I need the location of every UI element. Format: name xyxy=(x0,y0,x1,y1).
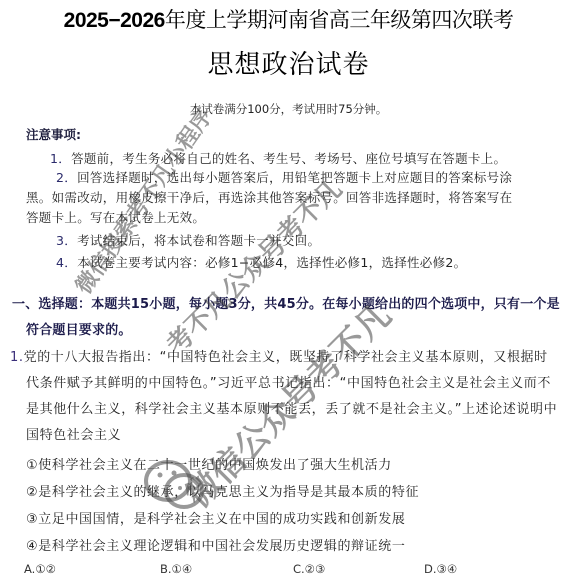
question-1-stem-line4: 国特色社会主义 xyxy=(26,424,121,443)
notice-item-2-cont: 答题卡上。写在本试卷上无效。 xyxy=(26,208,205,226)
notice-text: 考试结束后，将本试卷和答题卡一并交回。 xyxy=(77,233,320,248)
notice-item-3: 3．考试结束后，将本试卷和答题卡一并交回。 xyxy=(56,231,320,249)
notice-text: 回答选择题时，选出每小题答案后，用铅笔把答题卡上对应题目的答案标号涂 xyxy=(77,170,512,185)
notice-text: 本试卷主要考试内容：必修1−必修4，选择性必修1，选择性必修2。 xyxy=(77,255,466,270)
question-1-stem-line2: 代条件赋予其鲜明的中国特色。”习近平总书记指出：“中国特色社会主义是社会主义而不 xyxy=(26,372,551,391)
notice-number: 1． xyxy=(50,151,71,166)
notice-number: 2． xyxy=(56,170,77,185)
wechat-logo-icon xyxy=(140,455,210,515)
subject-title: 思想政治试卷 xyxy=(0,44,577,81)
statement-4: ④是科学社会主义理论逻辑和中国社会发展历史逻辑的辩证统一 xyxy=(26,535,405,554)
notice-item-2-cont: 黑。如需改动，用橡皮擦干净后，再选涂其他答案标号。回答非选择题时，将答案写在 xyxy=(26,188,512,206)
choice-a[interactable]: A.①② xyxy=(24,562,56,576)
notice-number: 4． xyxy=(56,255,77,270)
notice-item-1: 1．答题前，考生务必将自己的姓名、考生号、考场号、座位号填写在答题卡上。 xyxy=(50,149,506,167)
notice-number: 3． xyxy=(56,233,77,248)
exam-info: 本试卷满分100分，考试用时75分钟。 xyxy=(0,101,577,117)
choice-b[interactable]: B.①④ xyxy=(160,562,192,576)
section-heading-line2: 符合题目要求的。 xyxy=(26,319,132,338)
statement-3: ③立足中国国情，是科学社会主义在中国的成功实践和创新发展 xyxy=(26,508,405,527)
notice-item-2: 2．回答选择题时，选出每小题答案后，用铅笔把答题卡上对应题目的答案标号涂 xyxy=(56,168,512,186)
title-year: 2025−2026 xyxy=(64,9,165,32)
choice-c[interactable]: C.②③ xyxy=(293,562,325,576)
notice-item-4: 4．本试卷主要考试内容：必修1−必修4，选择性必修1，选择性必修2。 xyxy=(56,253,466,271)
exam-page: 2025−2026年度上学期河南省高三年级第四次联考 思想政治试卷 本试卷满分1… xyxy=(0,0,577,584)
choice-d[interactable]: D.③④ xyxy=(424,562,457,576)
statement-2: ②是科学社会主义的继承，以马克思主义为指导是其最本质的特征 xyxy=(26,481,419,500)
title-text: 年度上学期河南省高三年级第四次联考 xyxy=(165,8,514,32)
exam-title: 2025−2026年度上学期河南省高三年级第四次联考 xyxy=(0,4,577,34)
question-text: 党的十八大报告指出：“中国特色社会主义，既坚持了科学社会主义基本原则，又根据时 xyxy=(24,350,548,365)
section-heading-line1: 一、选择题：本题共15小题，每小题3分，共45分。在每小题给出的四个选项中，只有… xyxy=(12,293,560,312)
notice-heading: 注意事项: xyxy=(26,125,81,143)
question-number: 1. xyxy=(10,350,24,365)
notice-text: 答题前，考生务必将自己的姓名、考生号、考场号、座位号填写在答题卡上。 xyxy=(71,151,506,166)
question-1-stem-line1: 1.党的十八大报告指出：“中国特色社会主义，既坚持了科学社会主义基本原则，又根据… xyxy=(10,346,548,365)
question-1-stem-line3: 是其他什么主义，科学社会主义基本原则不能丢，丢了就不是社会主义。”上述论述说明中 xyxy=(26,398,557,417)
